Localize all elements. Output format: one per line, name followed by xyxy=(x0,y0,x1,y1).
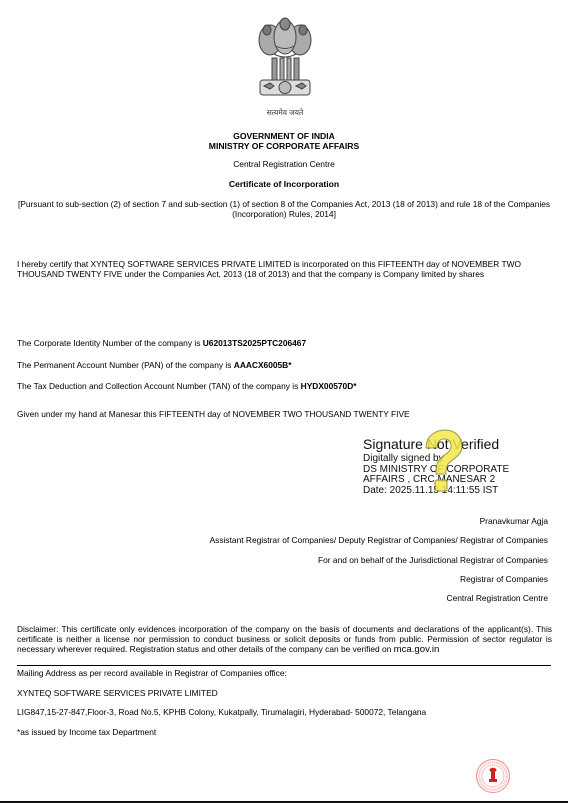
signatory-role: Assistant Registrar of Companies/ Deputy… xyxy=(210,535,548,545)
certification-paragraph: I hereby certify that XYNTEQ SOFTWARE SE… xyxy=(17,260,552,279)
mailing-address: LIG847,15-27-847,Floor-3, Road No.5, KPH… xyxy=(17,707,426,717)
disclaimer: Disclaimer: This certificate only eviden… xyxy=(17,625,552,654)
mailing-address-label: Mailing Address as per record available … xyxy=(17,668,287,678)
tan-line: The Tax Deduction and Collection Account… xyxy=(17,381,357,391)
mca-link[interactable]: mca.gov.in xyxy=(394,644,440,655)
given-under-line: Given under my hand at Manesar this FIFT… xyxy=(17,409,410,419)
office-name: Central Registration Centre xyxy=(0,159,568,169)
disclaimer-text: Disclaimer: This certificate only eviden… xyxy=(17,624,552,654)
pan-value: AAACX6005B* xyxy=(234,360,292,370)
divider xyxy=(17,665,551,666)
pan-line: The Permanent Account Number (PAN) of th… xyxy=(17,360,291,370)
mailing-company-name: XYNTEQ SOFTWARE SERVICES PRIVATE LIMITED xyxy=(17,688,218,698)
signatory-name: Pranavkumar Agja xyxy=(480,516,548,526)
document-title: Certificate of Incorporation xyxy=(0,179,568,189)
tan-label: The Tax Deduction and Collection Account… xyxy=(17,381,301,391)
signatory-office: Central Registration Centre xyxy=(447,593,548,603)
cin-value: U62013TS2025PTC206467 xyxy=(203,338,306,348)
pan-label: The Permanent Account Number (PAN) of th… xyxy=(17,360,234,370)
question-mark-icon xyxy=(418,428,466,500)
pursuant-clause: [Pursuant to sub-section (2) of section … xyxy=(0,200,568,219)
on-behalf-line: For and on behalf of the Jurisdictional … xyxy=(318,555,548,565)
registrar-seal-icon xyxy=(475,758,511,794)
cin-label: The Corporate Identity Number of the com… xyxy=(17,338,203,348)
emblem-motto: सत्यमेव जयते xyxy=(250,108,320,118)
ministry-title: MINISTRY OF CORPORATE AFFAIRS xyxy=(0,141,568,151)
national-emblem-icon xyxy=(250,10,320,110)
registrar-title: Registrar of Companies xyxy=(460,574,548,584)
footnote: *as issued by Income tax Department xyxy=(17,727,156,737)
tan-value: HYDX00570D* xyxy=(301,381,357,391)
government-title: GOVERNMENT OF INDIA xyxy=(0,131,568,141)
cin-line: The Corporate Identity Number of the com… xyxy=(17,338,306,348)
